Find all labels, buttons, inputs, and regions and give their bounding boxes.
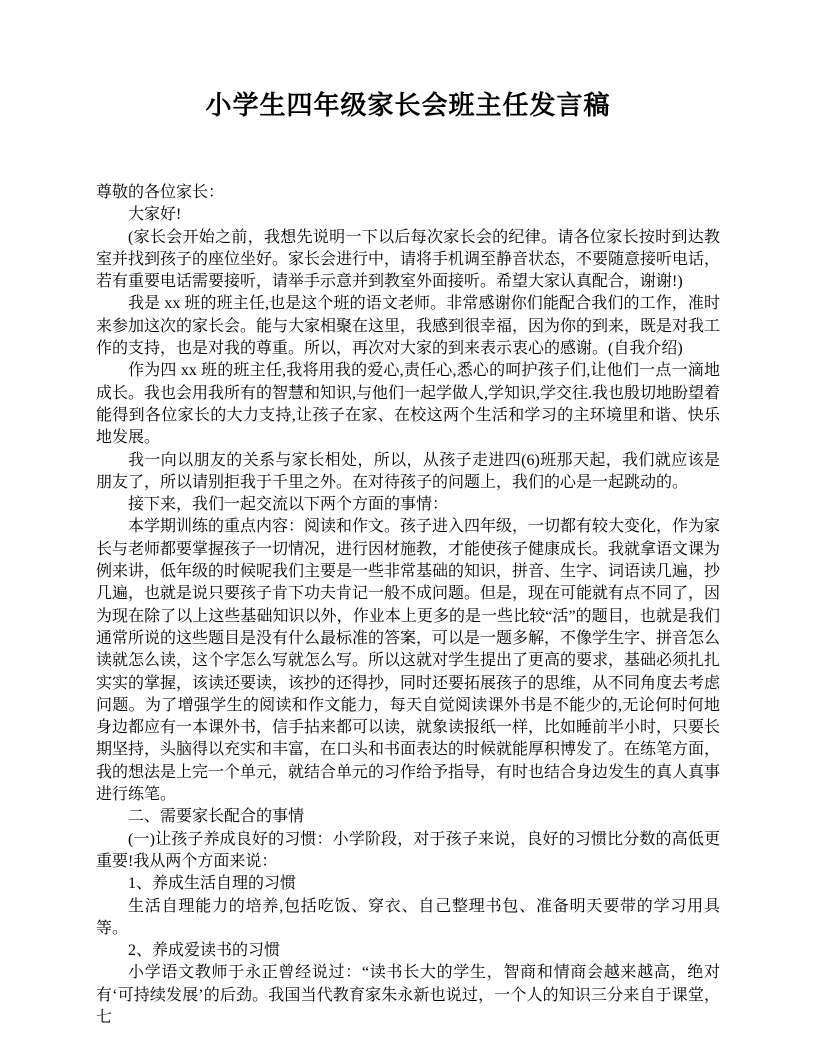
- paragraph: (一)让孩子养成良好的习惯：小学阶段，对于孩子来说，良好的习惯比分数的高低更重要…: [96, 829, 720, 874]
- paragraph: 小学语文教师于永正曾经说过：“读书长大的学生，智商和情商会越来越高，绝对有‘可持…: [96, 962, 720, 1029]
- paragraph: 我是 xx 班的班主任,也是这个班的语文老师。非常感谢你们能配合我们的工作，准时…: [96, 293, 720, 360]
- paragraph: 我一向以朋友的关系与家长相处，所以，从孩子走进四(6)班那天起，我们就应该是朋友…: [96, 450, 720, 495]
- paragraph: 生活自理能力的培养,包括吃饭、穿衣、自己整理书包、准备明天要带的学习用具等。: [96, 896, 720, 941]
- paragraph: 1、养成生活自理的习惯: [96, 873, 720, 895]
- paragraph: 尊敬的各位家长：: [96, 182, 720, 204]
- paragraph: 本学期训练的重点内容：阅读和作文。孩子进入四年级，一切都有较大变化，作为家长与老…: [96, 516, 720, 806]
- paragraph: 二、需要家长配合的事情: [96, 806, 720, 828]
- document-page: 小学生四年级家长会班主任发言稿 尊敬的各位家长：大家好!(家长会开始之前，我想先…: [0, 0, 816, 1056]
- paragraph: 接下来，我们一起交流以下两个方面的事情：: [96, 494, 720, 516]
- document-title: 小学生四年级家长会班主任发言稿: [0, 87, 816, 125]
- paragraph: 作为四 xx 班的班主任,我将用我的爱心,责任心,悉心的呵护孩子们,让他们一点一…: [96, 360, 720, 449]
- document-body: 尊敬的各位家长：大家好!(家长会开始之前，我想先说明一下以后每次家长会的纪律。请…: [96, 182, 720, 1029]
- paragraph: 大家好!: [96, 204, 720, 226]
- paragraph: 2、养成爱读书的习惯: [96, 940, 720, 962]
- paragraph: (家长会开始之前，我想先说明一下以后每次家长会的纪律。请各位家长按时到达教室并找…: [96, 227, 720, 294]
